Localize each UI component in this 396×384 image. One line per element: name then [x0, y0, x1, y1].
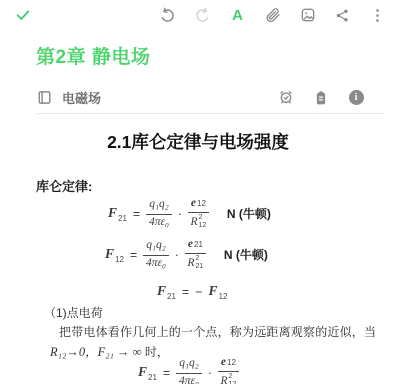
attachment-icon[interactable] — [264, 7, 281, 24]
formula-f21: F21 = q₁q₂ 4πε₀ · e12 R212 N (牛顿) — [108, 197, 271, 230]
subscript-12: 12 — [199, 222, 207, 230]
tag-icon[interactable] — [313, 89, 329, 105]
done-check-icon[interactable] — [14, 7, 31, 24]
unit-newton: N (牛顿) — [227, 205, 271, 222]
note-title[interactable]: 第2章 静电场 — [36, 42, 150, 69]
toolbar-actions: A ⋮ — [159, 7, 386, 24]
fraction-numerator: q₁q₂ — [143, 239, 169, 255]
sub-12: 12 — [227, 358, 236, 367]
formula-newton-third: F21 = − F12 — [157, 283, 227, 301]
dot-operator: · — [178, 207, 182, 221]
sub-21: 21 — [194, 240, 203, 249]
dot-operator: · — [175, 248, 179, 262]
var-R: R — [188, 257, 195, 270]
image-icon[interactable] — [299, 7, 316, 24]
fraction-denominator: R221 — [188, 254, 204, 271]
fraction-unit-vector: e12 R212 — [218, 356, 239, 384]
fraction-numerator: e12 — [188, 197, 209, 213]
superscript-2: 2 — [196, 255, 200, 263]
lhs-term: F12 — [105, 246, 124, 264]
fraction-denominator: R212 — [191, 213, 207, 230]
reminder-alarm-icon[interactable] — [278, 89, 294, 105]
coulomb-law-label: 库仑定律: — [36, 176, 92, 195]
fraction-numerator: e21 — [185, 238, 206, 254]
sub-21: 21 — [167, 292, 176, 301]
share-icon[interactable] — [334, 7, 351, 24]
sup-sub-stack: 212 — [199, 214, 207, 230]
formula-f12: F12 = q₁q₂ 4πε₀ · e21 R221 N (牛顿) — [105, 238, 268, 271]
fraction-charges: q₁q₂ 4πε₀ — [143, 239, 169, 269]
notebook-name[interactable]: 电磁场 — [62, 88, 101, 107]
point-charge-line1: 把带电体看作几何上的一个点，称为远距离观察的近似，当 — [59, 323, 376, 340]
var-R: R — [221, 375, 228, 384]
equals-sign: = — [133, 207, 140, 221]
var-F: F — [108, 205, 117, 220]
superscript-2: 2 — [229, 373, 233, 381]
editor-toolbar: A ⋮ — [0, 0, 396, 30]
var-F: F — [157, 283, 166, 298]
lhs-term: F21 — [138, 364, 157, 382]
fraction-numerator: e12 — [218, 356, 239, 372]
sub-21: 21 — [118, 214, 127, 223]
var-R: R — [191, 216, 198, 229]
fraction-charges: q₁q₂ 4πε₀ — [176, 357, 202, 384]
equals-sign: = — [130, 248, 137, 262]
unit-newton: N (牛顿) — [224, 246, 268, 263]
math-F21-inf: F₂₁ → ∞ — [98, 345, 142, 359]
equals-sign: = — [163, 366, 170, 380]
notebook-bar: 电磁场 i — [36, 85, 396, 109]
sub-12: 12 — [197, 199, 206, 208]
sub-12: 12 — [115, 255, 124, 264]
divider-line — [36, 113, 385, 114]
more-menu-icon[interactable]: ⋮ — [369, 7, 386, 24]
redo-icon[interactable] — [194, 7, 211, 24]
dot-operator: · — [208, 366, 212, 380]
fraction-unit-vector: e21 R221 — [185, 238, 206, 271]
sup-sub-stack: 212 — [229, 373, 237, 384]
note-editor-screen: A ⋮ 第2章 静电场 电磁场 — [0, 0, 396, 384]
rhs-term: F12 — [209, 283, 228, 301]
more-glyph: ⋮ — [370, 6, 385, 24]
minus-sign: − — [195, 285, 202, 299]
var-e: e — [191, 197, 196, 210]
fraction-numerator: q₁q₂ — [146, 198, 172, 214]
var-F: F — [138, 364, 147, 379]
math-R12: R₁₂→0， — [50, 345, 98, 359]
fraction-denominator: 4πε₀ — [149, 215, 169, 229]
fraction-denominator: 4πε₀ — [179, 374, 199, 384]
var-F: F — [209, 283, 218, 298]
point-charge-heading: （1)点电荷 — [44, 304, 103, 321]
section-heading: 2.1库仑定律与电场强度 — [0, 129, 396, 154]
fraction-denominator: R212 — [221, 372, 237, 384]
undo-icon[interactable] — [159, 7, 176, 24]
lhs-term: F21 — [157, 283, 176, 301]
fraction-denominator: 4πε₀ — [146, 256, 166, 270]
var-F: F — [105, 246, 114, 261]
sub-21: 21 — [148, 373, 157, 382]
fraction-charges: q₁q₂ 4πε₀ — [146, 198, 172, 228]
sup-sub-stack: 221 — [196, 255, 204, 271]
formula-f21-limit: F21 = q₁q₂ 4πε₀ · e12 R212 — [138, 356, 239, 384]
fraction-numerator: q₁q₂ — [176, 357, 202, 373]
text-format-icon[interactable]: A — [229, 7, 246, 24]
var-e: e — [188, 238, 193, 251]
subscript-21: 21 — [196, 263, 204, 271]
superscript-2: 2 — [199, 214, 203, 222]
notebook-book-icon[interactable] — [36, 89, 53, 106]
info-glyph: i — [349, 90, 364, 105]
info-icon[interactable]: i — [348, 89, 364, 105]
sub-12: 12 — [219, 292, 228, 301]
var-e: e — [221, 356, 226, 369]
fraction-unit-vector: e12 R212 — [188, 197, 209, 230]
equals-sign: = — [182, 285, 189, 299]
lhs-term: F21 — [108, 205, 127, 223]
format-letter: A — [232, 8, 243, 23]
notebook-actions: i — [278, 89, 396, 105]
